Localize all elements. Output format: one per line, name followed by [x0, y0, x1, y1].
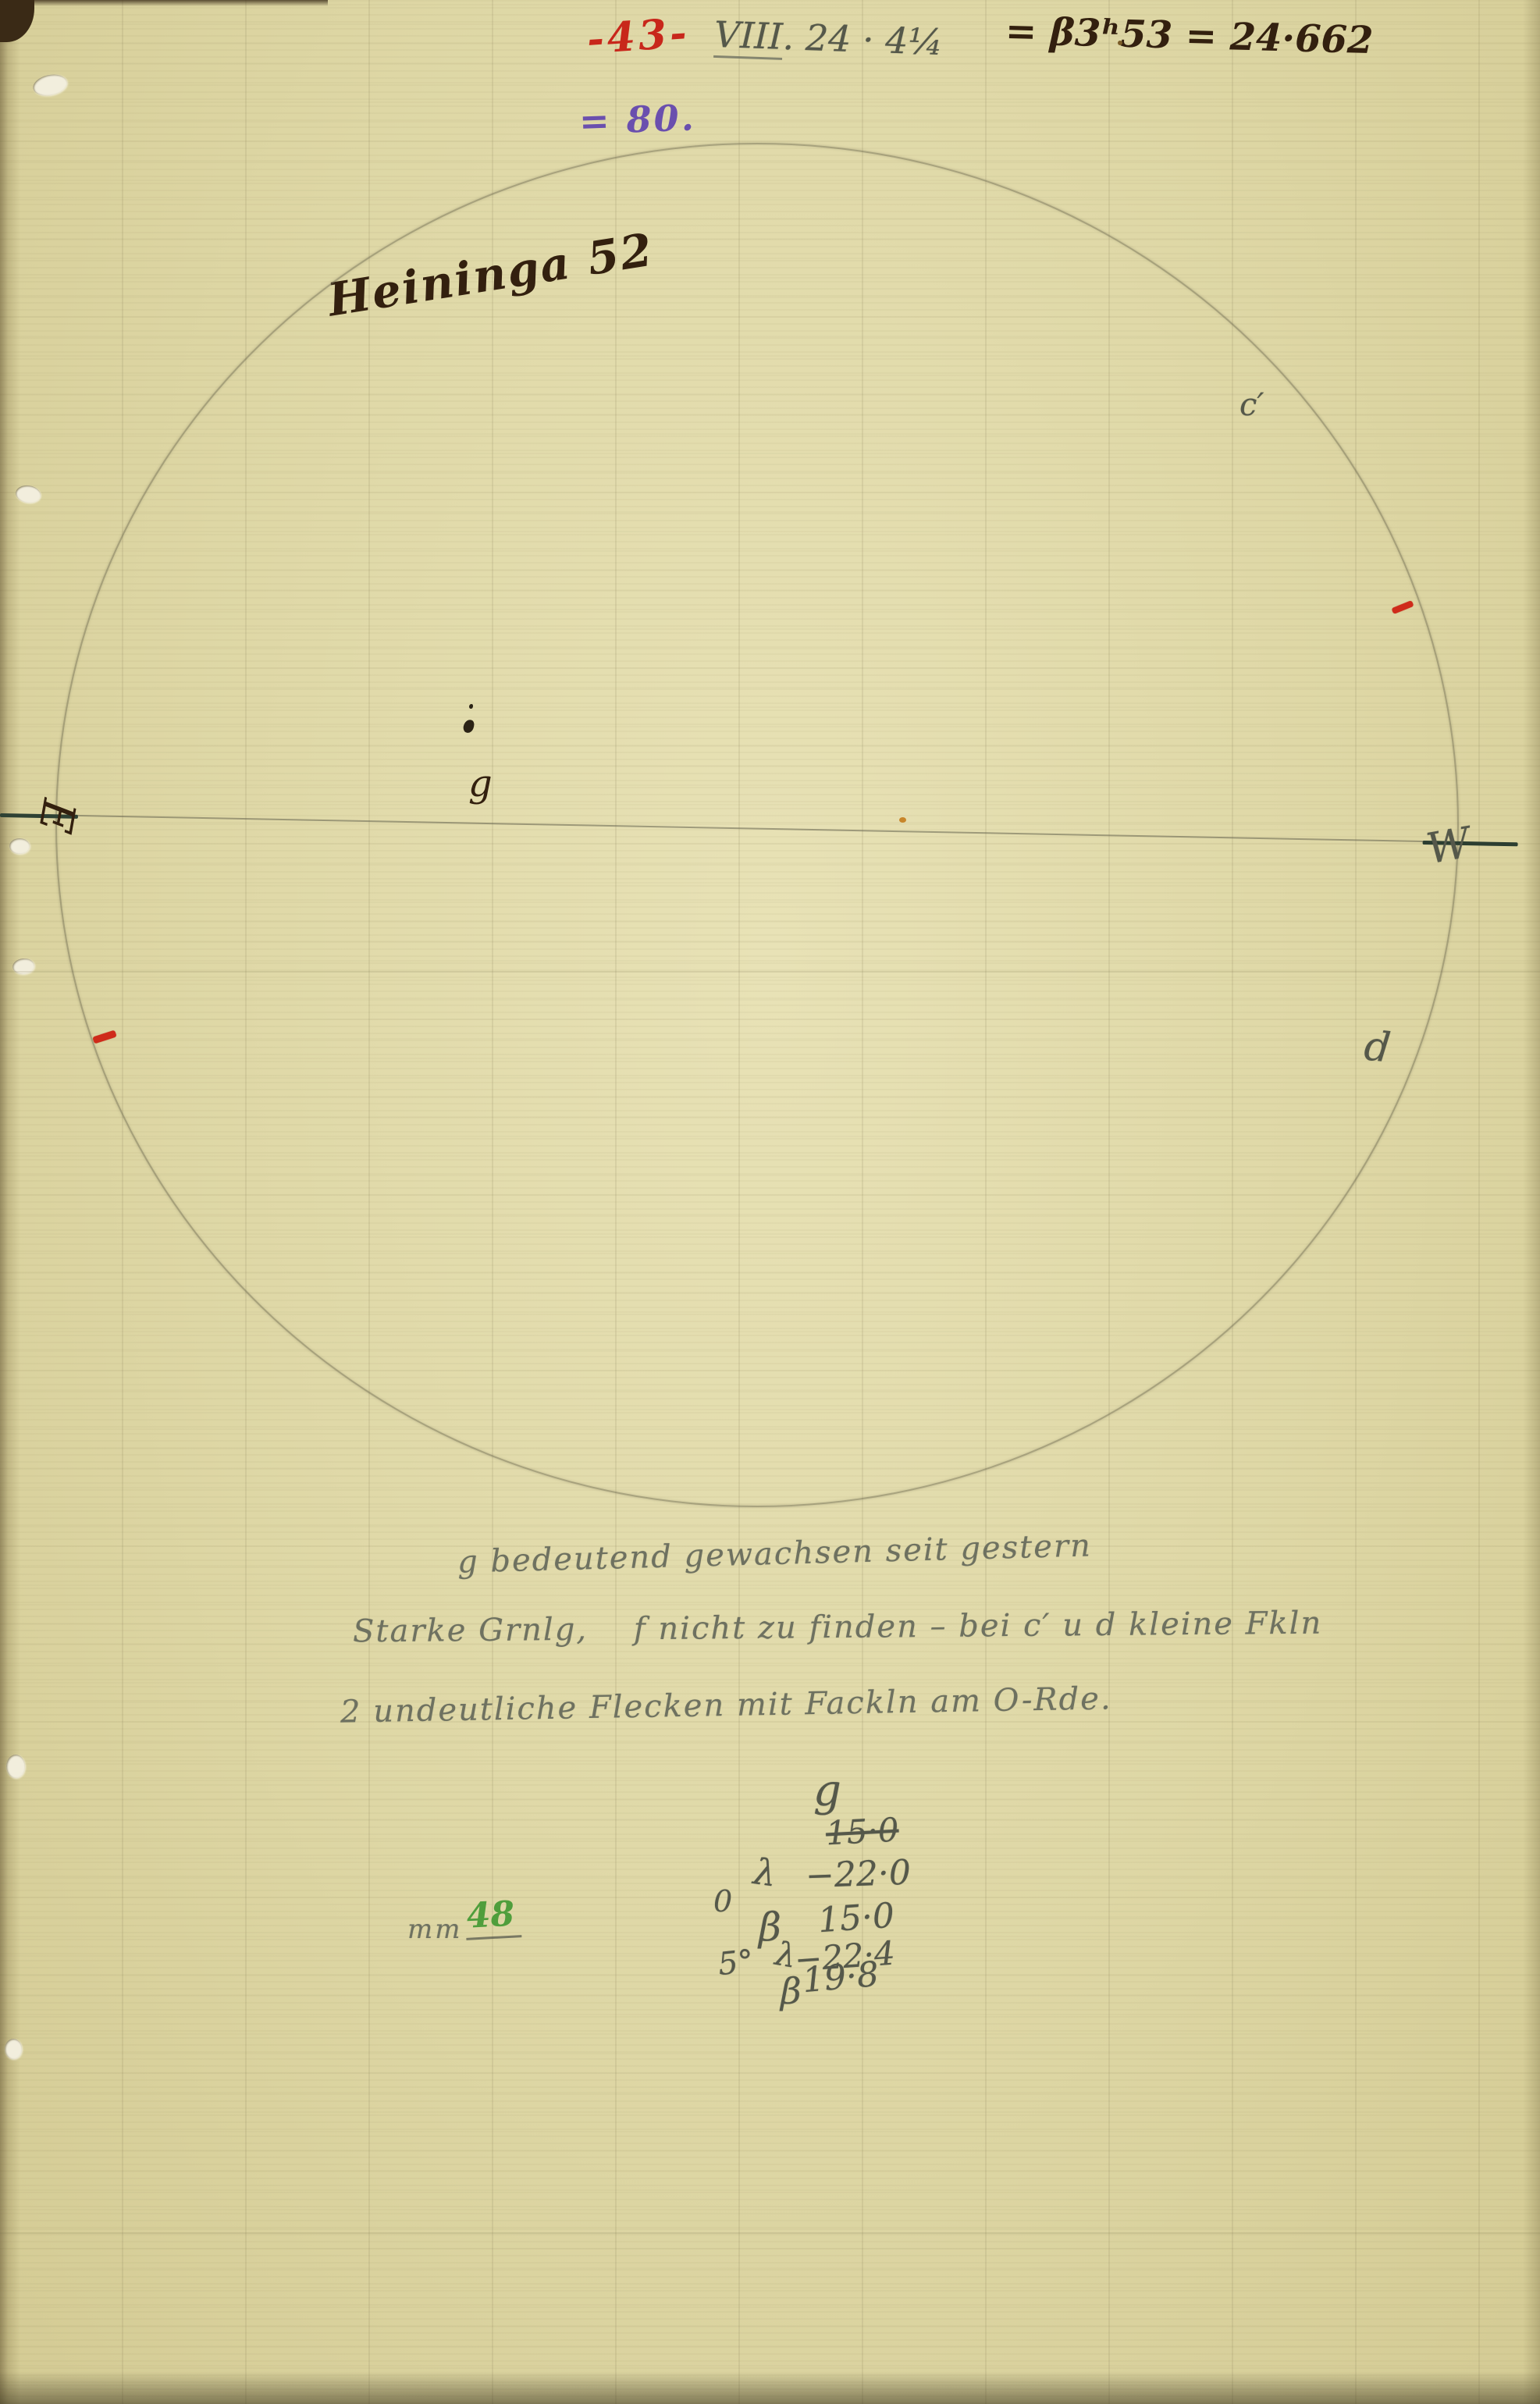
punch-hole — [6, 1755, 25, 1778]
orange-speck — [899, 817, 906, 823]
page-number: -43- — [585, 9, 691, 63]
date-rest: . 24 · 4¼ — [782, 16, 944, 63]
time-equation: = β3ʰ53 = 24·662 — [1005, 9, 1374, 62]
spot-label-g: g — [468, 762, 493, 805]
corner-stain — [0, 0, 34, 42]
measurement-row0-lambda-symbol: λ — [751, 1850, 779, 1895]
scale-unit: mm — [407, 1914, 462, 1945]
punch-hole — [31, 72, 69, 99]
measurement-row0-prefix: 0 — [713, 1884, 732, 1919]
note-line-3: 2 undeutliche Flecken mit Fackln am O-Rd… — [340, 1680, 1112, 1730]
paper-top-edge-shadow — [0, 0, 328, 6]
measurement-row0-lambda-value: −22·0 — [805, 1853, 912, 1897]
measurement-group-letter: g — [813, 1766, 841, 1816]
scale-value: 48 — [464, 1894, 522, 1940]
note-line-1: g bedeutend gewachsen seit gestern — [457, 1527, 1093, 1580]
west-label: W — [1423, 818, 1474, 874]
paper-bottom-edge-shadow — [0, 2371, 1540, 2404]
punch-hole — [5, 2039, 22, 2059]
measurement-row5-beta-value: 19·8 — [801, 1954, 880, 2000]
brown-speck — [1118, 41, 1122, 45]
solar-disk-circle — [55, 143, 1459, 1507]
stamp-number: = 80. — [578, 96, 696, 142]
scanned-observation-sheet: -43- VIII. 24 · 4¼ = β3ʰ53 = 24·662 = 80… — [0, 0, 1540, 2404]
note-line-2: Starke Grnlg, f nicht zu finden – bei c′… — [353, 1606, 1323, 1650]
measurement-row5-beta-symbol: β — [781, 1970, 802, 2012]
measurement-crossed-value: 15·0 — [825, 1811, 900, 1853]
date-annotation: VIII. 24 · 4¼ — [713, 13, 944, 63]
paper-right-edge-shadow — [1523, 0, 1540, 2404]
date-month: VIII — [713, 13, 784, 60]
spot-label-d: d — [1362, 1022, 1392, 1072]
measurement-row5-prefix: 5° — [717, 1943, 756, 1983]
spot-label-c: c′ — [1239, 387, 1264, 423]
paper-crease — [0, 2232, 1540, 2234]
punch-hole — [9, 838, 30, 854]
